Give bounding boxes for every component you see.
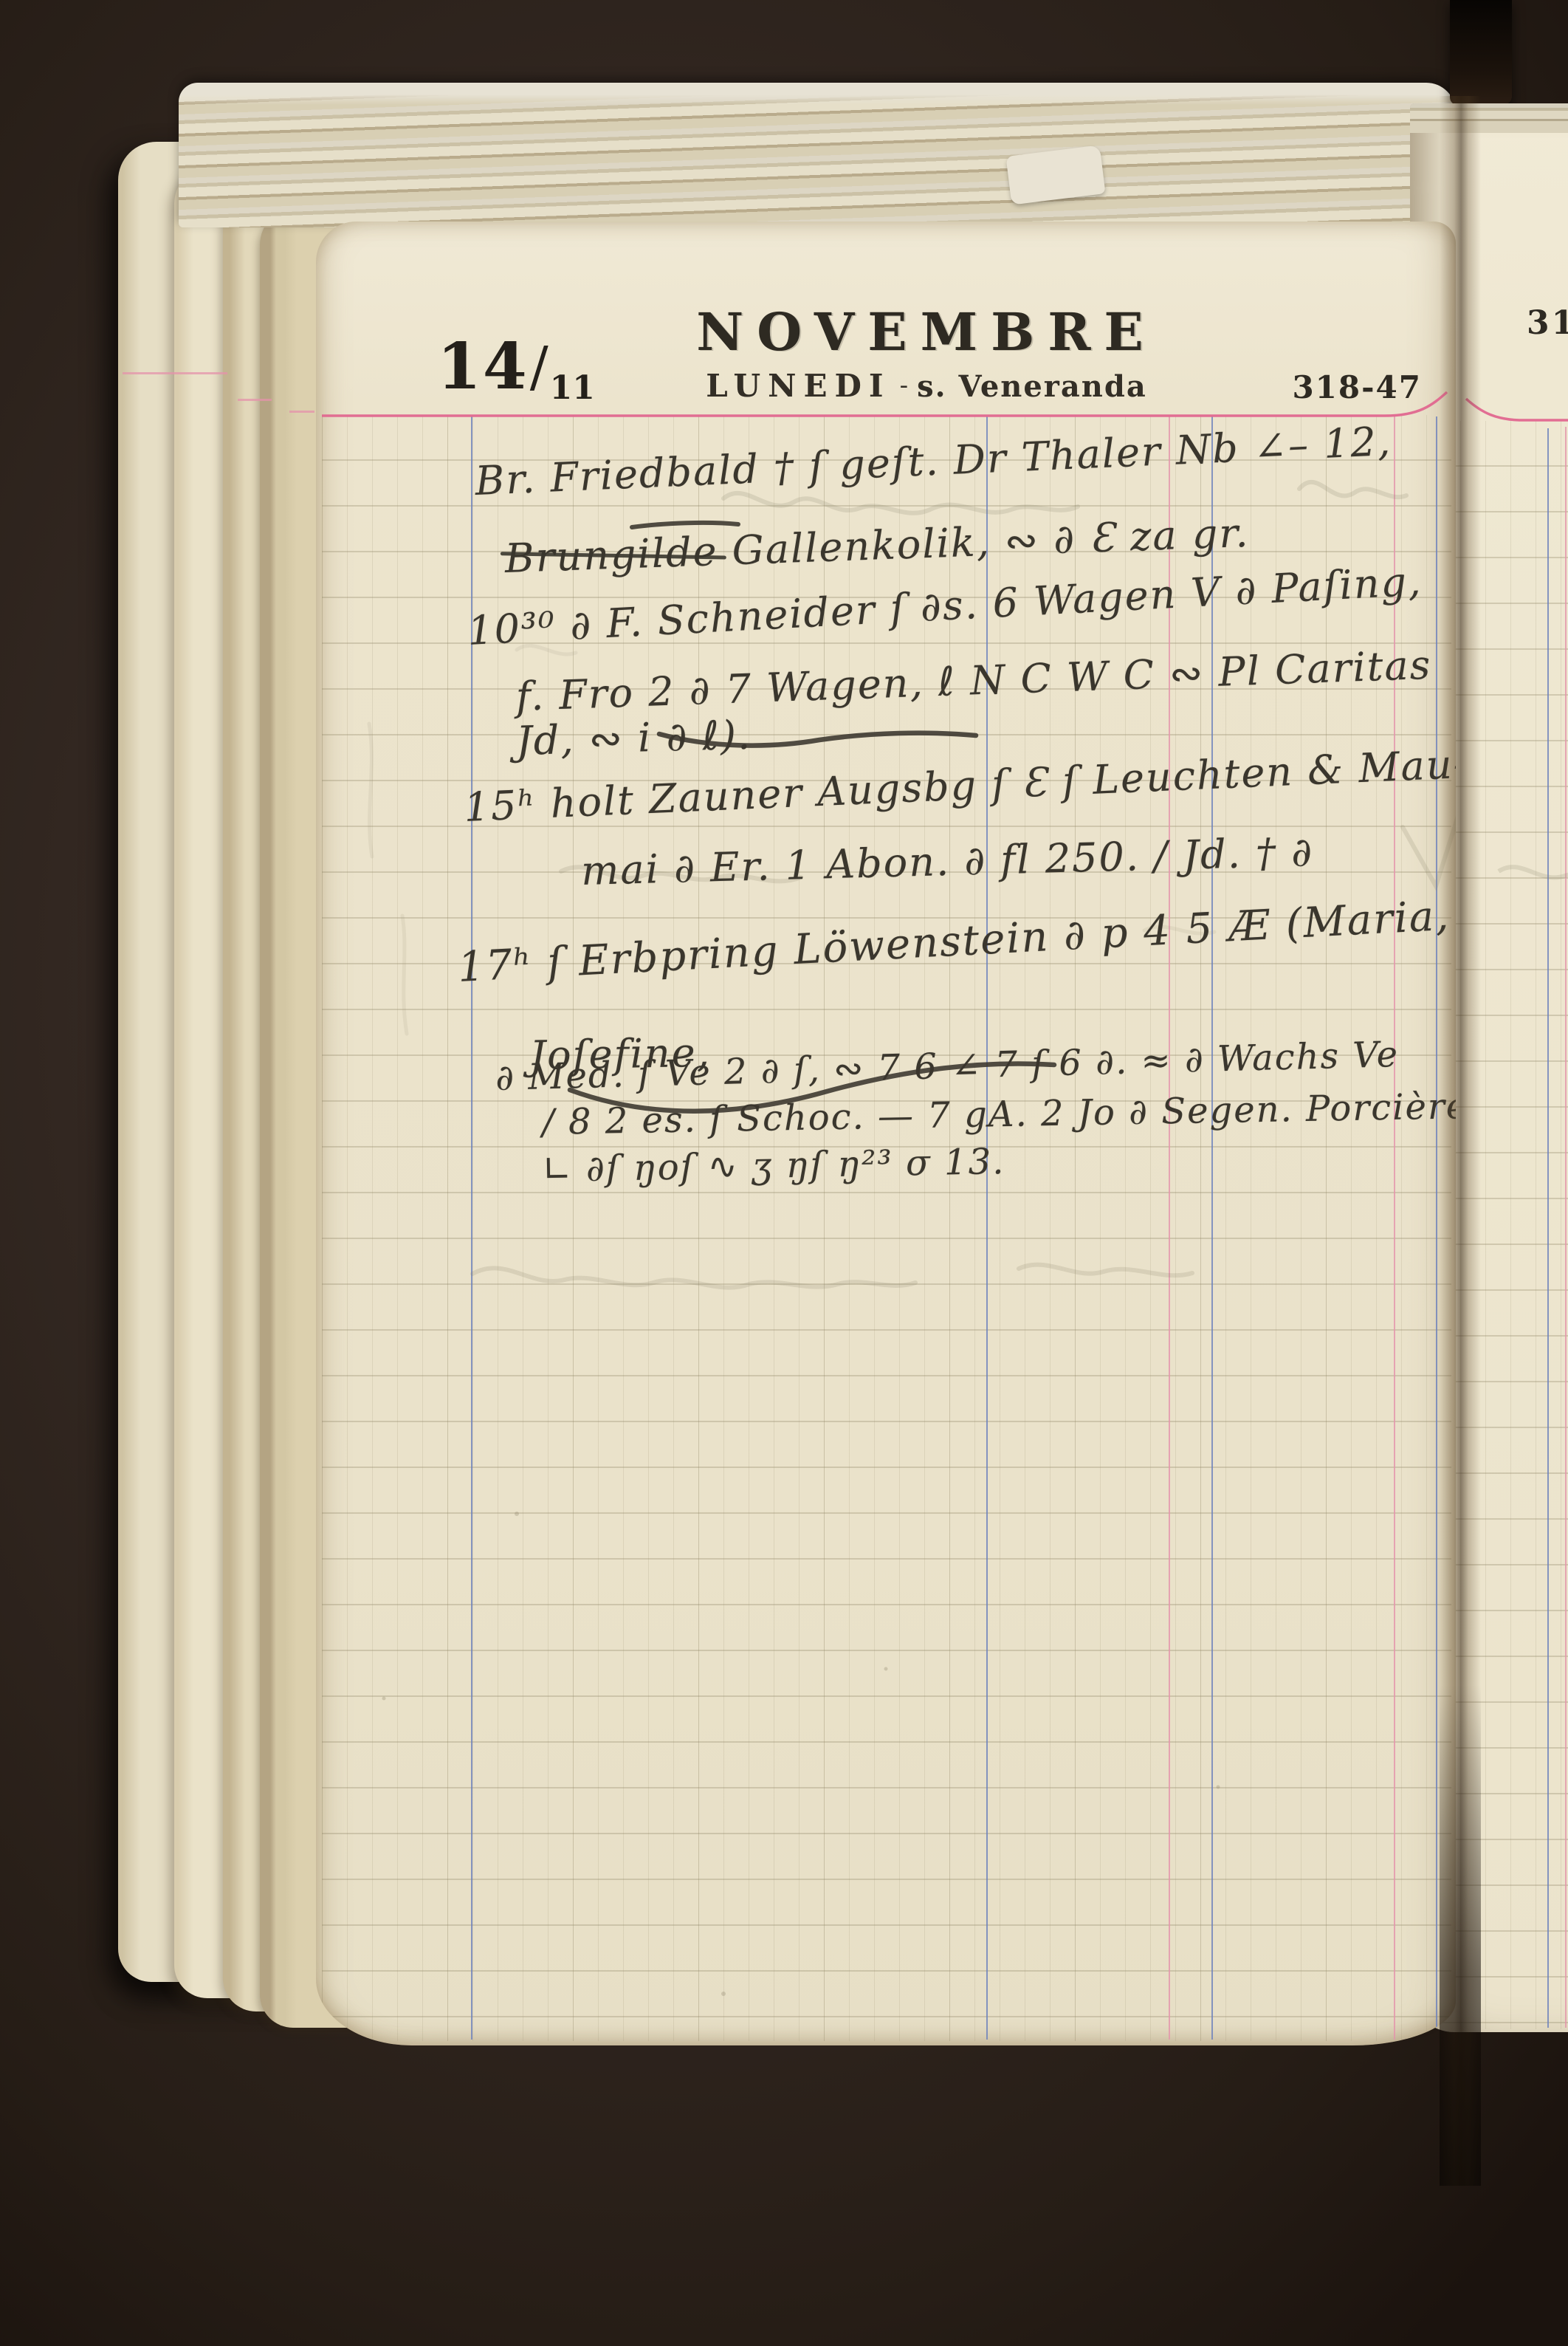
vertical-rule-blue (1547, 428, 1549, 2028)
sheet-pink-rule (289, 411, 314, 413)
book-top-edge (179, 83, 1456, 227)
vertical-rule-pink (1565, 427, 1567, 2028)
next-page-top-edge (1410, 103, 1568, 133)
next-page-code: 319 (1527, 304, 1568, 342)
cover-spine-tab (1450, 0, 1512, 105)
handwriting-line: ∟ ∂ſ ŋoſ ∿ ʒ ŋſ ŋ²³ σ 13. (542, 1141, 1005, 1190)
diary-page: NOVEMBRE 14/11 LUNEDI-s. Veneranda 318-4… (316, 222, 1456, 2045)
page-code: 318-47 (1255, 369, 1422, 405)
saint-name: s. Veneranda (917, 369, 1147, 404)
vertical-rule-blue (1436, 416, 1437, 2040)
sheet-pink-rule (123, 372, 227, 374)
diary-photo: 319 (0, 0, 1568, 2346)
handwriting-line: Jd, ∾ i ∂ ℓ). (515, 712, 752, 764)
gutter-shadow (1440, 96, 1481, 2186)
separator: - (900, 371, 909, 400)
struck-word: Brungilde (504, 528, 719, 582)
weekday-label: LUNEDI (706, 368, 890, 404)
sheet-pink-rule (238, 399, 272, 401)
vertical-rule-blue (471, 416, 472, 2040)
